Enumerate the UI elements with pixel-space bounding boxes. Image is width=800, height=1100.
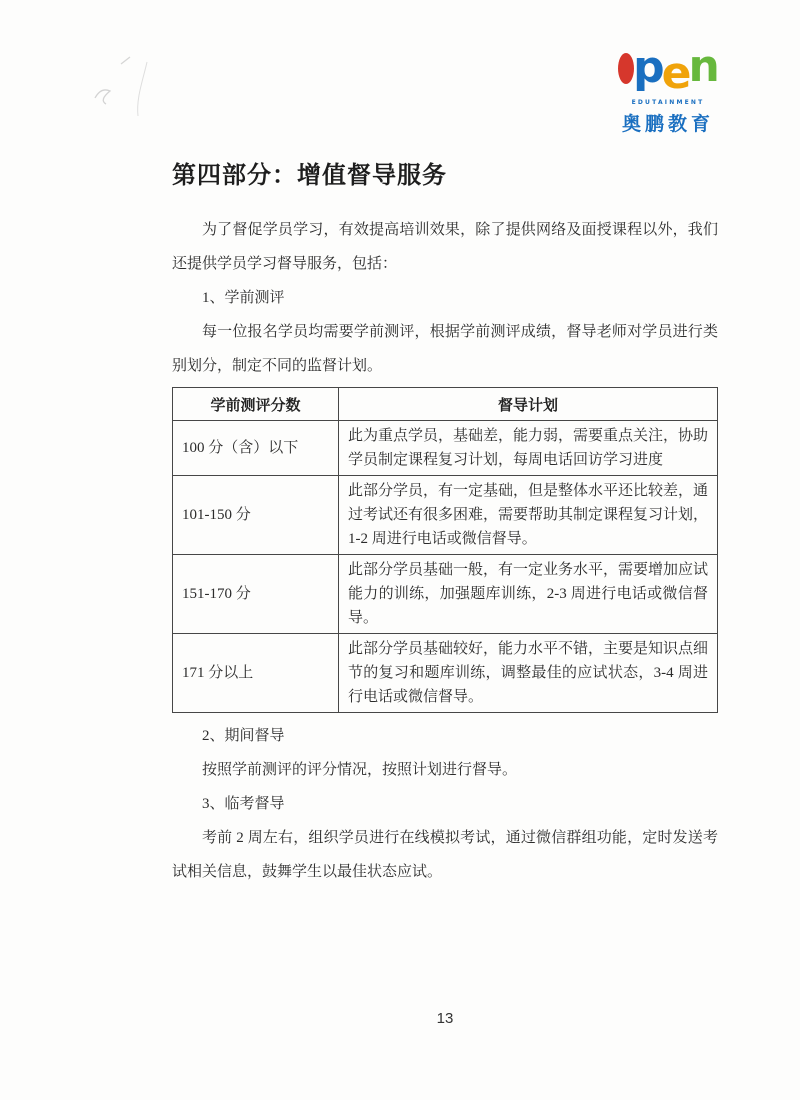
document-content: 第四部分：增值督导服务 为了督促学员学习，有效提高培训效果，除了提供网络及面授课… xyxy=(172,160,718,889)
supervision-plan-cell: 此部分学员基础一般，有一定业务水平，需要增加应试能力的训练，加强题库训练，2-3… xyxy=(339,555,718,634)
list-item-2-title: 2、期间督导 xyxy=(172,719,718,753)
table-row: 101-150 分 此部分学员，有一定基础，但是整体水平还比较差，通过考试还有很… xyxy=(173,476,718,555)
logo-letter-o-icon xyxy=(618,53,634,84)
logo-letter-n: n xyxy=(689,52,718,82)
list-item-1-title: 1、学前测评 xyxy=(172,281,718,315)
logo-letter-p: p xyxy=(633,53,663,83)
score-range-cell: 151-170 分 xyxy=(173,555,339,634)
list-item-2-description: 按照学前测评的评分情况，按照计划进行督导。 xyxy=(172,753,718,787)
score-range-cell: 100 分（含）以下 xyxy=(173,421,339,476)
page-number: 13 xyxy=(172,1010,718,1027)
list-item-1-description: 每一位报名学员均需要学前测评，根据学前测评成绩，督导老师对学员进行类别划分，制定… xyxy=(172,315,718,383)
open-education-logo: p e n EDUTAINMENT 奥鹏教育 xyxy=(620,52,716,136)
list-item-3-description: 考前 2 周左右，组织学员进行在线模拟考试，通过微信群组功能，定时发送考试相关信… xyxy=(172,821,718,889)
logo-word-open: p e n xyxy=(620,52,716,96)
column-header-score: 学前测评分数 xyxy=(173,388,339,421)
section-heading: 第四部分：增值督导服务 xyxy=(172,160,718,192)
supervision-plan-cell: 此为重点学员，基础差，能力弱，需要重点关注，协助学员制定课程复习计划，每周电话回… xyxy=(339,421,718,476)
supervision-plan-cell: 此部分学员基础较好，能力水平不错，主要是知识点细节的复习和题库训练，调整最佳的应… xyxy=(339,634,718,713)
logo-letter-e: e xyxy=(662,59,690,89)
column-header-plan: 督导计划 xyxy=(339,388,718,421)
logo-subtitle: EDUTAINMENT xyxy=(620,99,716,106)
table-row: 171 分以上 此部分学员基础较好，能力水平不错，主要是知识点细节的复习和题库训… xyxy=(173,634,718,713)
logo-brand-name: 奥鹏教育 xyxy=(620,109,716,136)
table-row: 100 分（含）以下 此为重点学员，基础差，能力弱，需要重点关注，协助学员制定课… xyxy=(173,421,718,476)
score-range-cell: 171 分以上 xyxy=(173,634,339,713)
score-range-cell: 101-150 分 xyxy=(173,476,339,555)
assessment-supervision-table: 学前测评分数 督导计划 100 分（含）以下 此为重点学员，基础差，能力弱，需要… xyxy=(172,387,718,713)
supervision-plan-cell: 此部分学员，有一定基础，但是整体水平还比较差，通过考试还有很多困难，需要帮助其制… xyxy=(339,476,718,555)
list-item-3-title: 3、临考督导 xyxy=(172,787,718,821)
table-row: 151-170 分 此部分学员基础一般，有一定业务水平，需要增加应试能力的训练，… xyxy=(173,555,718,634)
intro-paragraph: 为了督促学员学习，有效提高培训效果，除了提供网络及面授课程以外，我们还提供学员学… xyxy=(172,213,718,281)
table-header-row: 学前测评分数 督导计划 xyxy=(173,388,718,421)
pencil-scribble-artifact xyxy=(85,52,155,132)
scanned-document-page: p e n EDUTAINMENT 奥鹏教育 第四部分：增值督导服务 为了督促学… xyxy=(0,0,800,1100)
